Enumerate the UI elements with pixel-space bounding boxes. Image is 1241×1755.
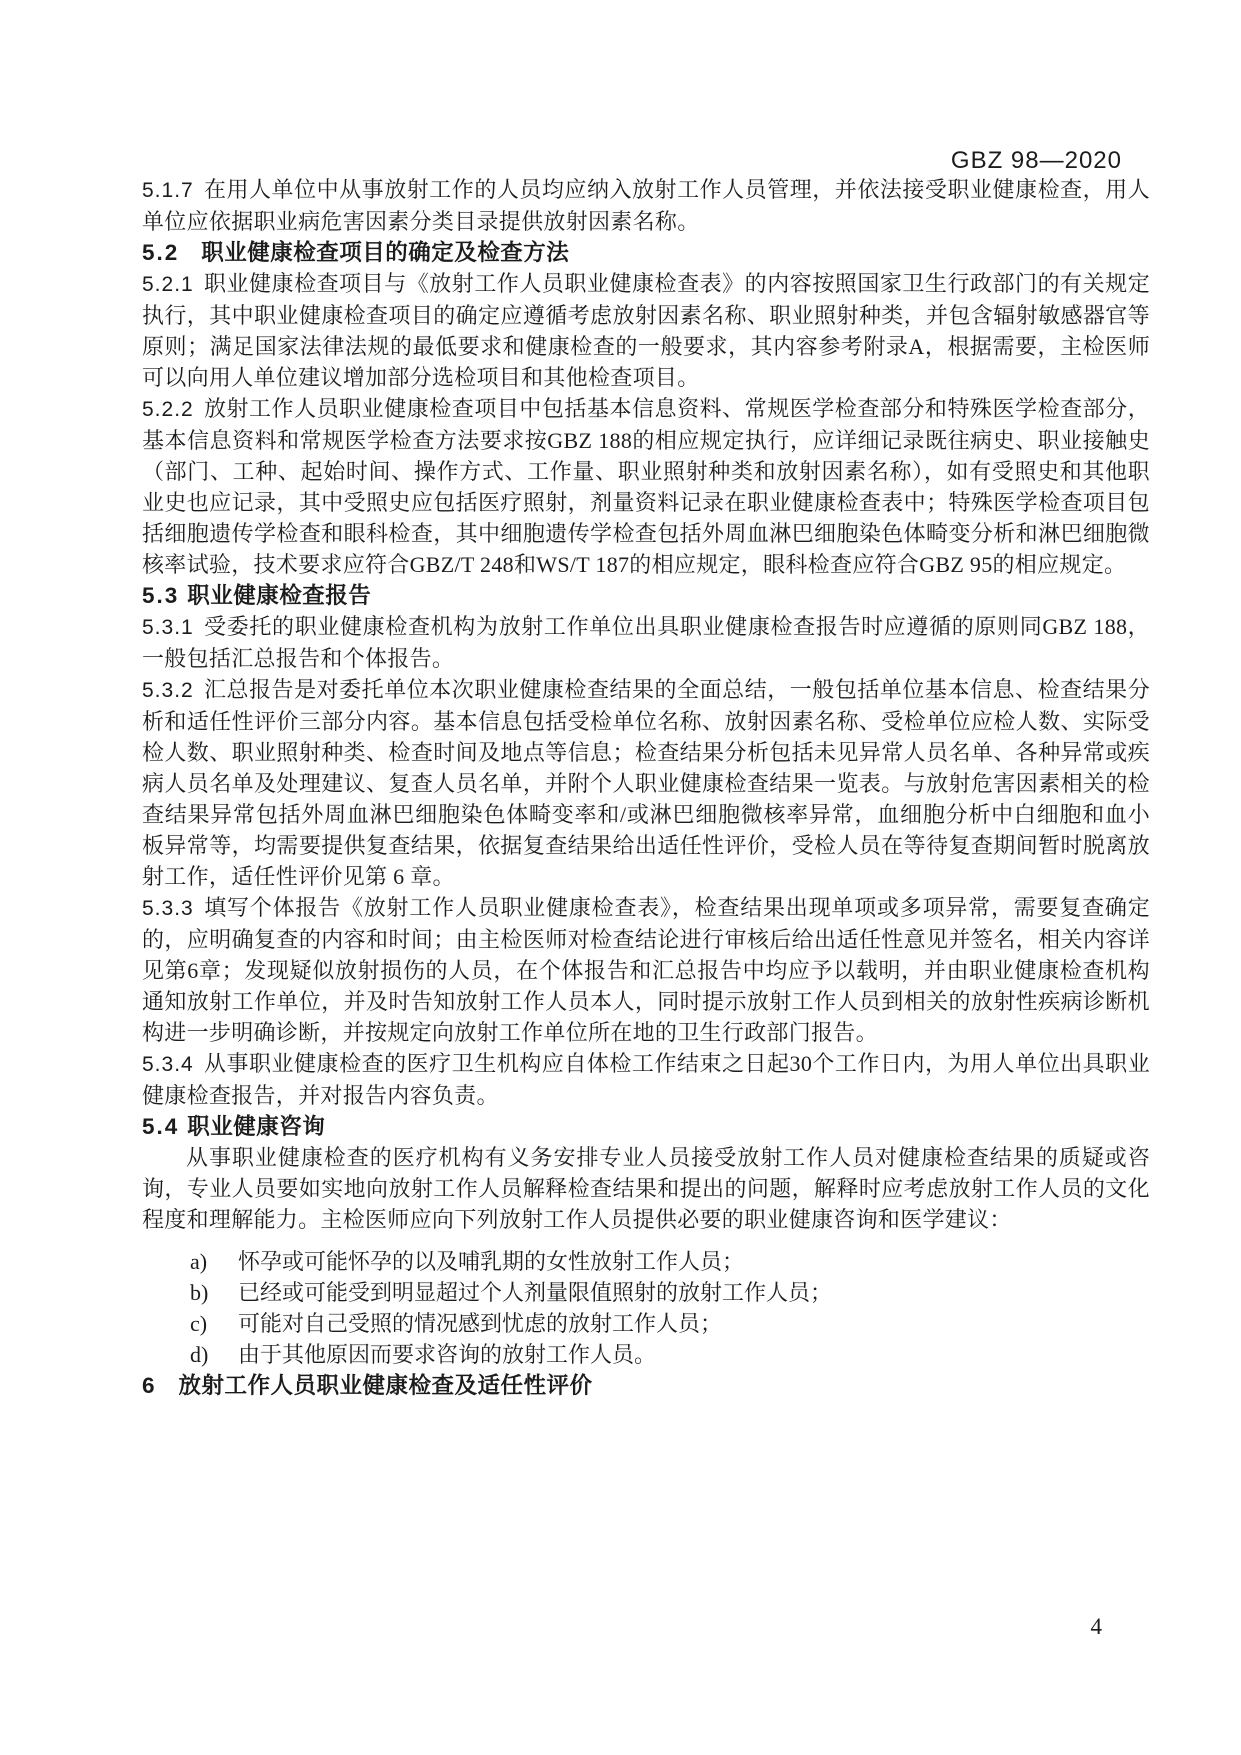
clause-text: 在用人单位中从事放射工作的人员均应纳入放射工作人员管理，并依法接受职业健康检查，… bbox=[142, 177, 1150, 234]
heading-number: 5.3 bbox=[142, 583, 179, 608]
advice-list: a)怀孕或可能怀孕的以及哺乳期的女性放射工作人员； b)已经或可能受到明显超过个… bbox=[142, 1246, 1150, 1370]
clause-5-1-7: 5.1.7在用人单位中从事放射工作的人员均应纳入放射工作人员管理，并依法接受职业… bbox=[142, 174, 1150, 237]
list-item: b)已经或可能受到明显超过个人剂量限值照射的放射工作人员； bbox=[142, 1277, 1150, 1308]
clause-text: 从事职业健康检查的医疗卫生机构应自体检工作结束之日起30个工作日内，为用人单位出… bbox=[142, 1051, 1150, 1108]
list-marker: d) bbox=[190, 1339, 208, 1370]
clause-number: 5.3.2 bbox=[142, 679, 194, 702]
heading-number: 5.2 bbox=[142, 240, 179, 265]
clause-5-2-2: 5.2.2放射工作人员职业健康检查项目中包括基本信息资料、常规医学检查部分和特殊… bbox=[142, 393, 1150, 580]
doc-code: GBZ 98—2020 bbox=[951, 147, 1122, 174]
clause-5-3-2: 5.3.2汇总报告是对委托单位本次职业健康检查结果的全面总结，一般包括单位基本信… bbox=[142, 674, 1150, 892]
heading-title: 职业健康咨询 bbox=[187, 1114, 325, 1139]
heading-title: 职业健康检查报告 bbox=[187, 583, 371, 608]
list-text: 由于其他原因而要求咨询的放射工作人员。 bbox=[238, 1342, 656, 1367]
list-text: 可能对自己受照的情况感到忧虑的放射工作人员； bbox=[238, 1311, 722, 1336]
heading-5-4: 5.4职业健康咨询 bbox=[142, 1111, 1150, 1142]
clause-5-2-1: 5.2.1职业健康检查项目与《放射工作人员职业健康检查表》的内容按照国家卫生行政… bbox=[142, 268, 1150, 393]
list-marker: a) bbox=[190, 1246, 207, 1277]
heading-number: 5.4 bbox=[142, 1114, 179, 1139]
heading-6: 6放射工作人员职业健康检查及适任性评价 bbox=[142, 1370, 1150, 1401]
clause-number: 5.2.2 bbox=[142, 398, 194, 421]
document-page: GBZ 98—2020 5.1.7在用人单位中从事放射工作的人员均应纳入放射工作… bbox=[0, 0, 1241, 1755]
list-item: a)怀孕或可能怀孕的以及哺乳期的女性放射工作人员； bbox=[142, 1246, 1150, 1277]
clause-text: 职业健康检查项目与《放射工作人员职业健康检查表》的内容按照国家卫生行政部门的有关… bbox=[142, 271, 1150, 390]
list-marker: c) bbox=[190, 1308, 207, 1339]
clause-text: 受委托的职业健康检查机构为放射工作单位出具职业健康检查报告时应遵循的原则同GBZ… bbox=[142, 614, 1150, 671]
clause-number: 5.3.3 bbox=[142, 897, 194, 920]
clause-number: 5.1.7 bbox=[142, 179, 194, 202]
heading-5-3: 5.3职业健康检查报告 bbox=[142, 580, 1150, 611]
clause-number: 5.3.1 bbox=[142, 616, 194, 639]
clause-text: 填写个体报告《放射工作人员职业健康检查表》，检查结果出现单项或多项异常，需要复查… bbox=[142, 895, 1150, 1045]
list-text: 已经或可能受到明显超过个人剂量限值照射的放射工作人员； bbox=[238, 1280, 832, 1305]
clause-text: 从事职业健康检查的医疗机构有义务安排专业人员接受放射工作人员对健康检查结果的质疑… bbox=[142, 1145, 1150, 1232]
clause-number: 5.3.4 bbox=[142, 1053, 194, 1076]
clause-number: 5.2.1 bbox=[142, 273, 194, 296]
clause-5-3-4: 5.3.4从事职业健康检查的医疗卫生机构应自体检工作结束之日起30个工作日内，为… bbox=[142, 1048, 1150, 1111]
page-number: 4 bbox=[1091, 1614, 1103, 1639]
clause-5-3-3: 5.3.3填写个体报告《放射工作人员职业健康检查表》，检查结果出现单项或多项异常… bbox=[142, 892, 1150, 1048]
heading-title: 放射工作人员职业健康检查及适任性评价 bbox=[179, 1373, 593, 1398]
list-text: 怀孕或可能怀孕的以及哺乳期的女性放射工作人员； bbox=[238, 1249, 744, 1274]
list-item: c)可能对自己受照的情况感到忧虑的放射工作人员； bbox=[142, 1308, 1150, 1339]
list-item: d)由于其他原因而要求咨询的放射工作人员。 bbox=[142, 1339, 1150, 1370]
clause-5-3-1: 5.3.1受委托的职业健康检查机构为放射工作单位出具职业健康检查报告时应遵循的原… bbox=[142, 611, 1150, 674]
heading-5-2: 5.2职业健康检查项目的确定及检查方法 bbox=[142, 237, 1150, 268]
heading-title: 职业健康检查项目的确定及检查方法 bbox=[201, 240, 569, 265]
document-content: GBZ 98—2020 5.1.7在用人单位中从事放射工作的人员均应纳入放射工作… bbox=[142, 0, 1150, 1401]
doc-header: GBZ 98—2020 bbox=[142, 148, 1150, 174]
clause-text: 放射工作人员职业健康检查项目中包括基本信息资料、常规医学检查部分和特殊医学检查部… bbox=[142, 396, 1150, 577]
list-marker: b) bbox=[190, 1277, 208, 1308]
clause-5-4-intro: 从事职业健康检查的医疗机构有义务安排专业人员接受放射工作人员对健康检查结果的质疑… bbox=[142, 1142, 1150, 1235]
heading-number: 6 bbox=[142, 1373, 157, 1398]
clause-text: 汇总报告是对委托单位本次职业健康检查结果的全面总结，一般包括单位基本信息、检查结… bbox=[142, 677, 1150, 889]
page-footer: 4 bbox=[1091, 1613, 1103, 1641]
